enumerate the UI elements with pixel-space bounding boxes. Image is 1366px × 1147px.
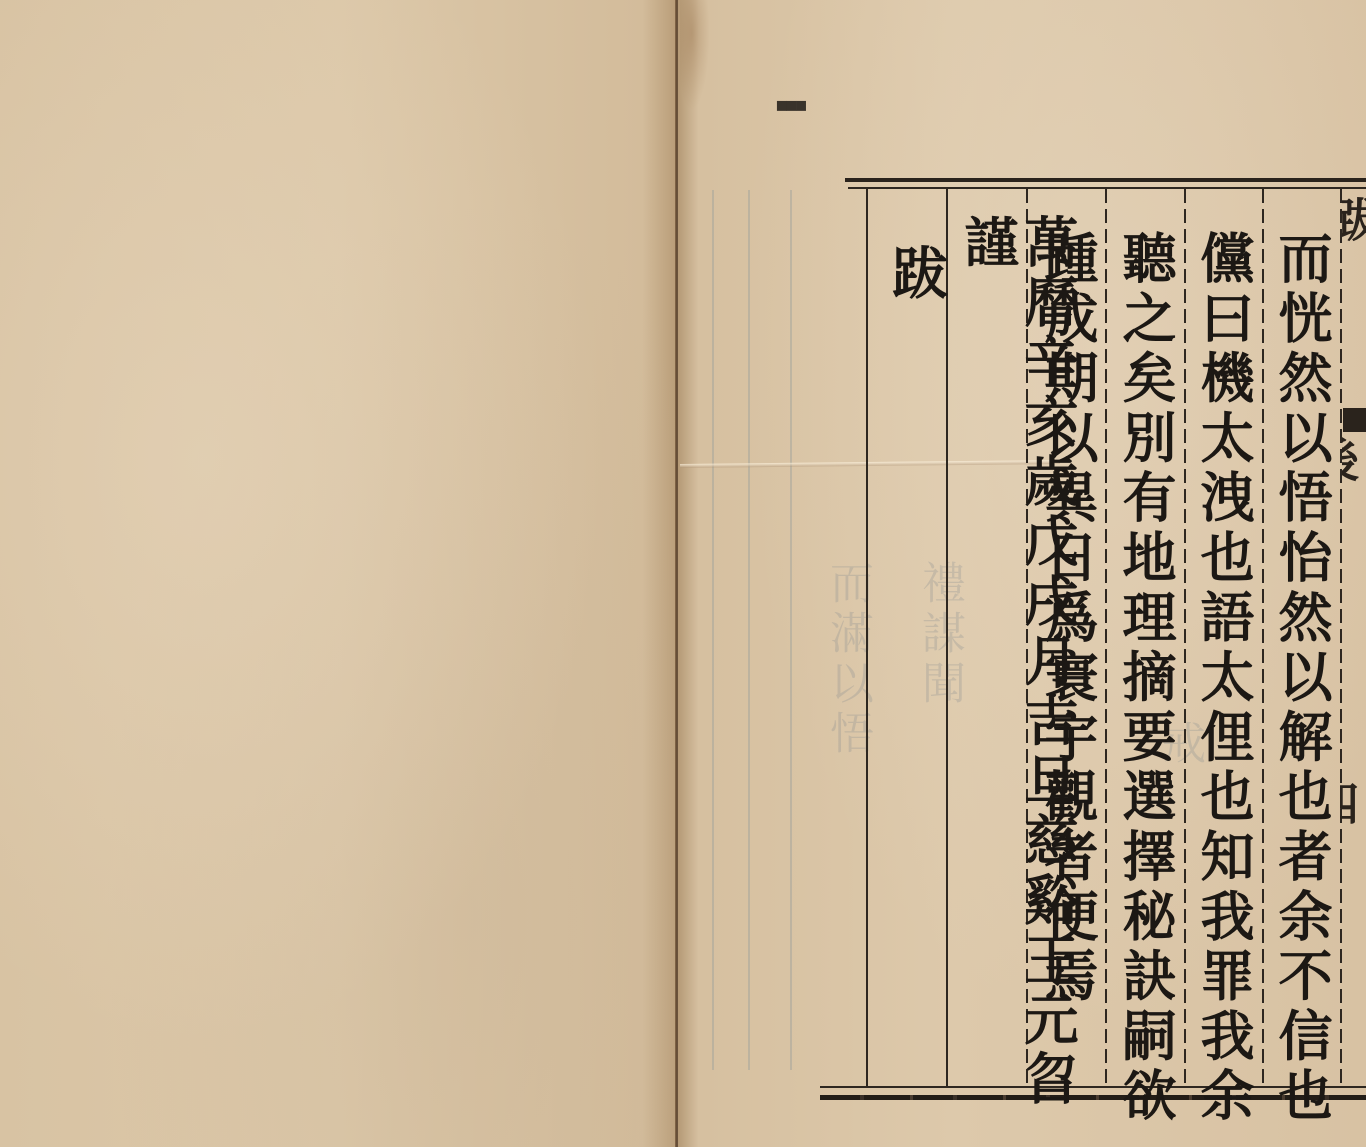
paper-stain (680, 0, 710, 110)
edge-fragment-top: 跋 (1342, 196, 1366, 276)
stray-ink-mark: ▪▪▪ (775, 92, 835, 120)
ghost-frame-line (748, 190, 750, 1070)
section-heading-ba: 跋 (876, 244, 956, 300)
edge-fragment-page-number: 四 (1340, 780, 1366, 850)
column-rule (1340, 189, 1342, 1086)
ghost-frame-line (790, 190, 792, 1070)
column-rule (1105, 189, 1107, 1086)
book-spread: 而滿以悟 禮謀聞 戒 ▪▪▪ 跋 而恍然以悟怡然以解也者余不信也 儻曰機太洩也語… (0, 0, 1366, 1147)
ghost-text: 而滿以悟 (808, 560, 886, 760)
frame-top-border (845, 178, 1366, 182)
text-column-1: 而恍然以悟怡然以解也者余不信也 (1272, 230, 1332, 1127)
text-column-2: 儻曰機太洩也語太俚也知我罪我余 (1194, 230, 1254, 1127)
column-rule (1184, 189, 1186, 1086)
frame-left-rule (866, 189, 868, 1086)
column-rule (1262, 189, 1264, 1086)
fishtail-mark (1343, 408, 1366, 432)
ghost-frame-line (712, 190, 714, 1070)
edge-fragment-fishtail-text: 後 (1342, 436, 1366, 526)
left-page-blank (0, 0, 676, 1147)
column-rule (946, 189, 948, 1086)
text-column-3: 聽之矣別有地理摘要選擇秘訣嗣欲 (1116, 230, 1176, 1127)
text-column-5-colophon: 萬曆辛亥歲戊戌月吉旦慈谿王元㫚謹 (958, 214, 1078, 1147)
frame-top-inner-border (848, 187, 1366, 189)
